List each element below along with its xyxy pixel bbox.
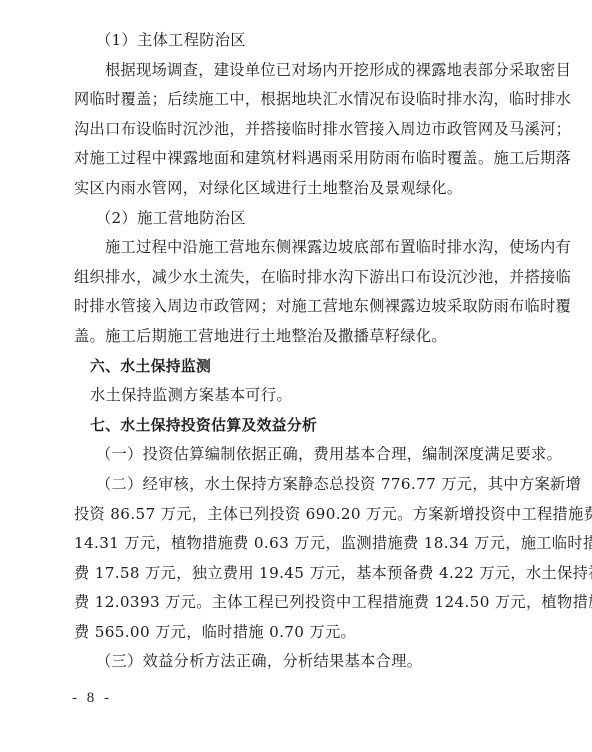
paragraph-line: 沟出口布设临时沉沙池，并搭接临时排水管接入周边市政管网及马溪河； [74,115,524,145]
investment-item-2-line: 费 12.0393 万元。主体工程已列投资中工程措施费 124.50 万元，植物… [74,588,524,618]
investment-item-2-line: 14.31 万元，植物措施费 0.63 万元，监测措施费 18.34 万元，施工… [74,529,524,559]
investment-item-2-line: 费 17.58 万元，独立费用 19.45 万元，基本预备费 4.22 万元，水… [74,559,524,589]
investment-item-1: （一）投资估算编制依据正确，费用基本合理，编制深度满足要求。 [74,440,524,470]
paragraph-line: 根据现场调查，建设单位已对场内开挖形成的裸露地表部分采取密目 [74,56,524,86]
paragraph-line: 组织排水，减少水土流失，在临时排水沟下游出口布设沉沙池，并搭接临 [74,263,524,293]
section-heading-investment: 七、水土保持投资估算及效益分析 [74,411,524,441]
investment-item-2-line: 费 565.00 万元，临时措施 0.70 万元。 [74,618,524,648]
paragraph-line: 对施工过程中裸露地面和建筑材料遇雨采用防雨布临时覆盖。施工后期落 [74,144,524,174]
investment-item-2-line: 投资 86.57 万元，主体已列投资 690.20 万元。方案新增投资中工程措施… [74,500,524,530]
page-number: - 8 - [72,690,112,707]
section-heading-monitoring: 六、水土保持监测 [74,352,524,382]
investment-item-2-line: （二）经审核，水土保持方案静态总投资 776.77 万元，其中方案新增 [74,470,524,500]
subsection-heading-main-works: （1）主体工程防治区 [74,26,524,56]
paragraph-line: 施工过程中沿施工营地东侧裸露边坡底部布置临时排水沟，使场内有 [74,233,524,263]
investment-item-3: （三）效益分析方法正确，分析结果基本合理。 [74,647,524,677]
monitoring-text: 水土保持监测方案基本可行。 [74,381,524,411]
paragraph-line: 实区内雨水管网，对绿化区域进行土地整治及景观绿化。 [74,174,524,204]
paragraph-line: 网临时覆盖；后续施工中，根据地块汇水情况布设临时排水沟，临时排水 [74,85,524,115]
paragraph-line: 时排水管接入周边市政管网；对施工营地东侧裸露边坡采取防雨布临时覆 [74,292,524,322]
document-page: （1）主体工程防治区 根据现场调查，建设单位已对场内开挖形成的裸露地表部分采取密… [74,26,524,677]
subsection-heading-construction-camp: （2）施工营地防治区 [74,204,524,234]
paragraph-line: 盖。施工后期施工营地进行土地整治及撒播草籽绿化。 [74,322,524,352]
